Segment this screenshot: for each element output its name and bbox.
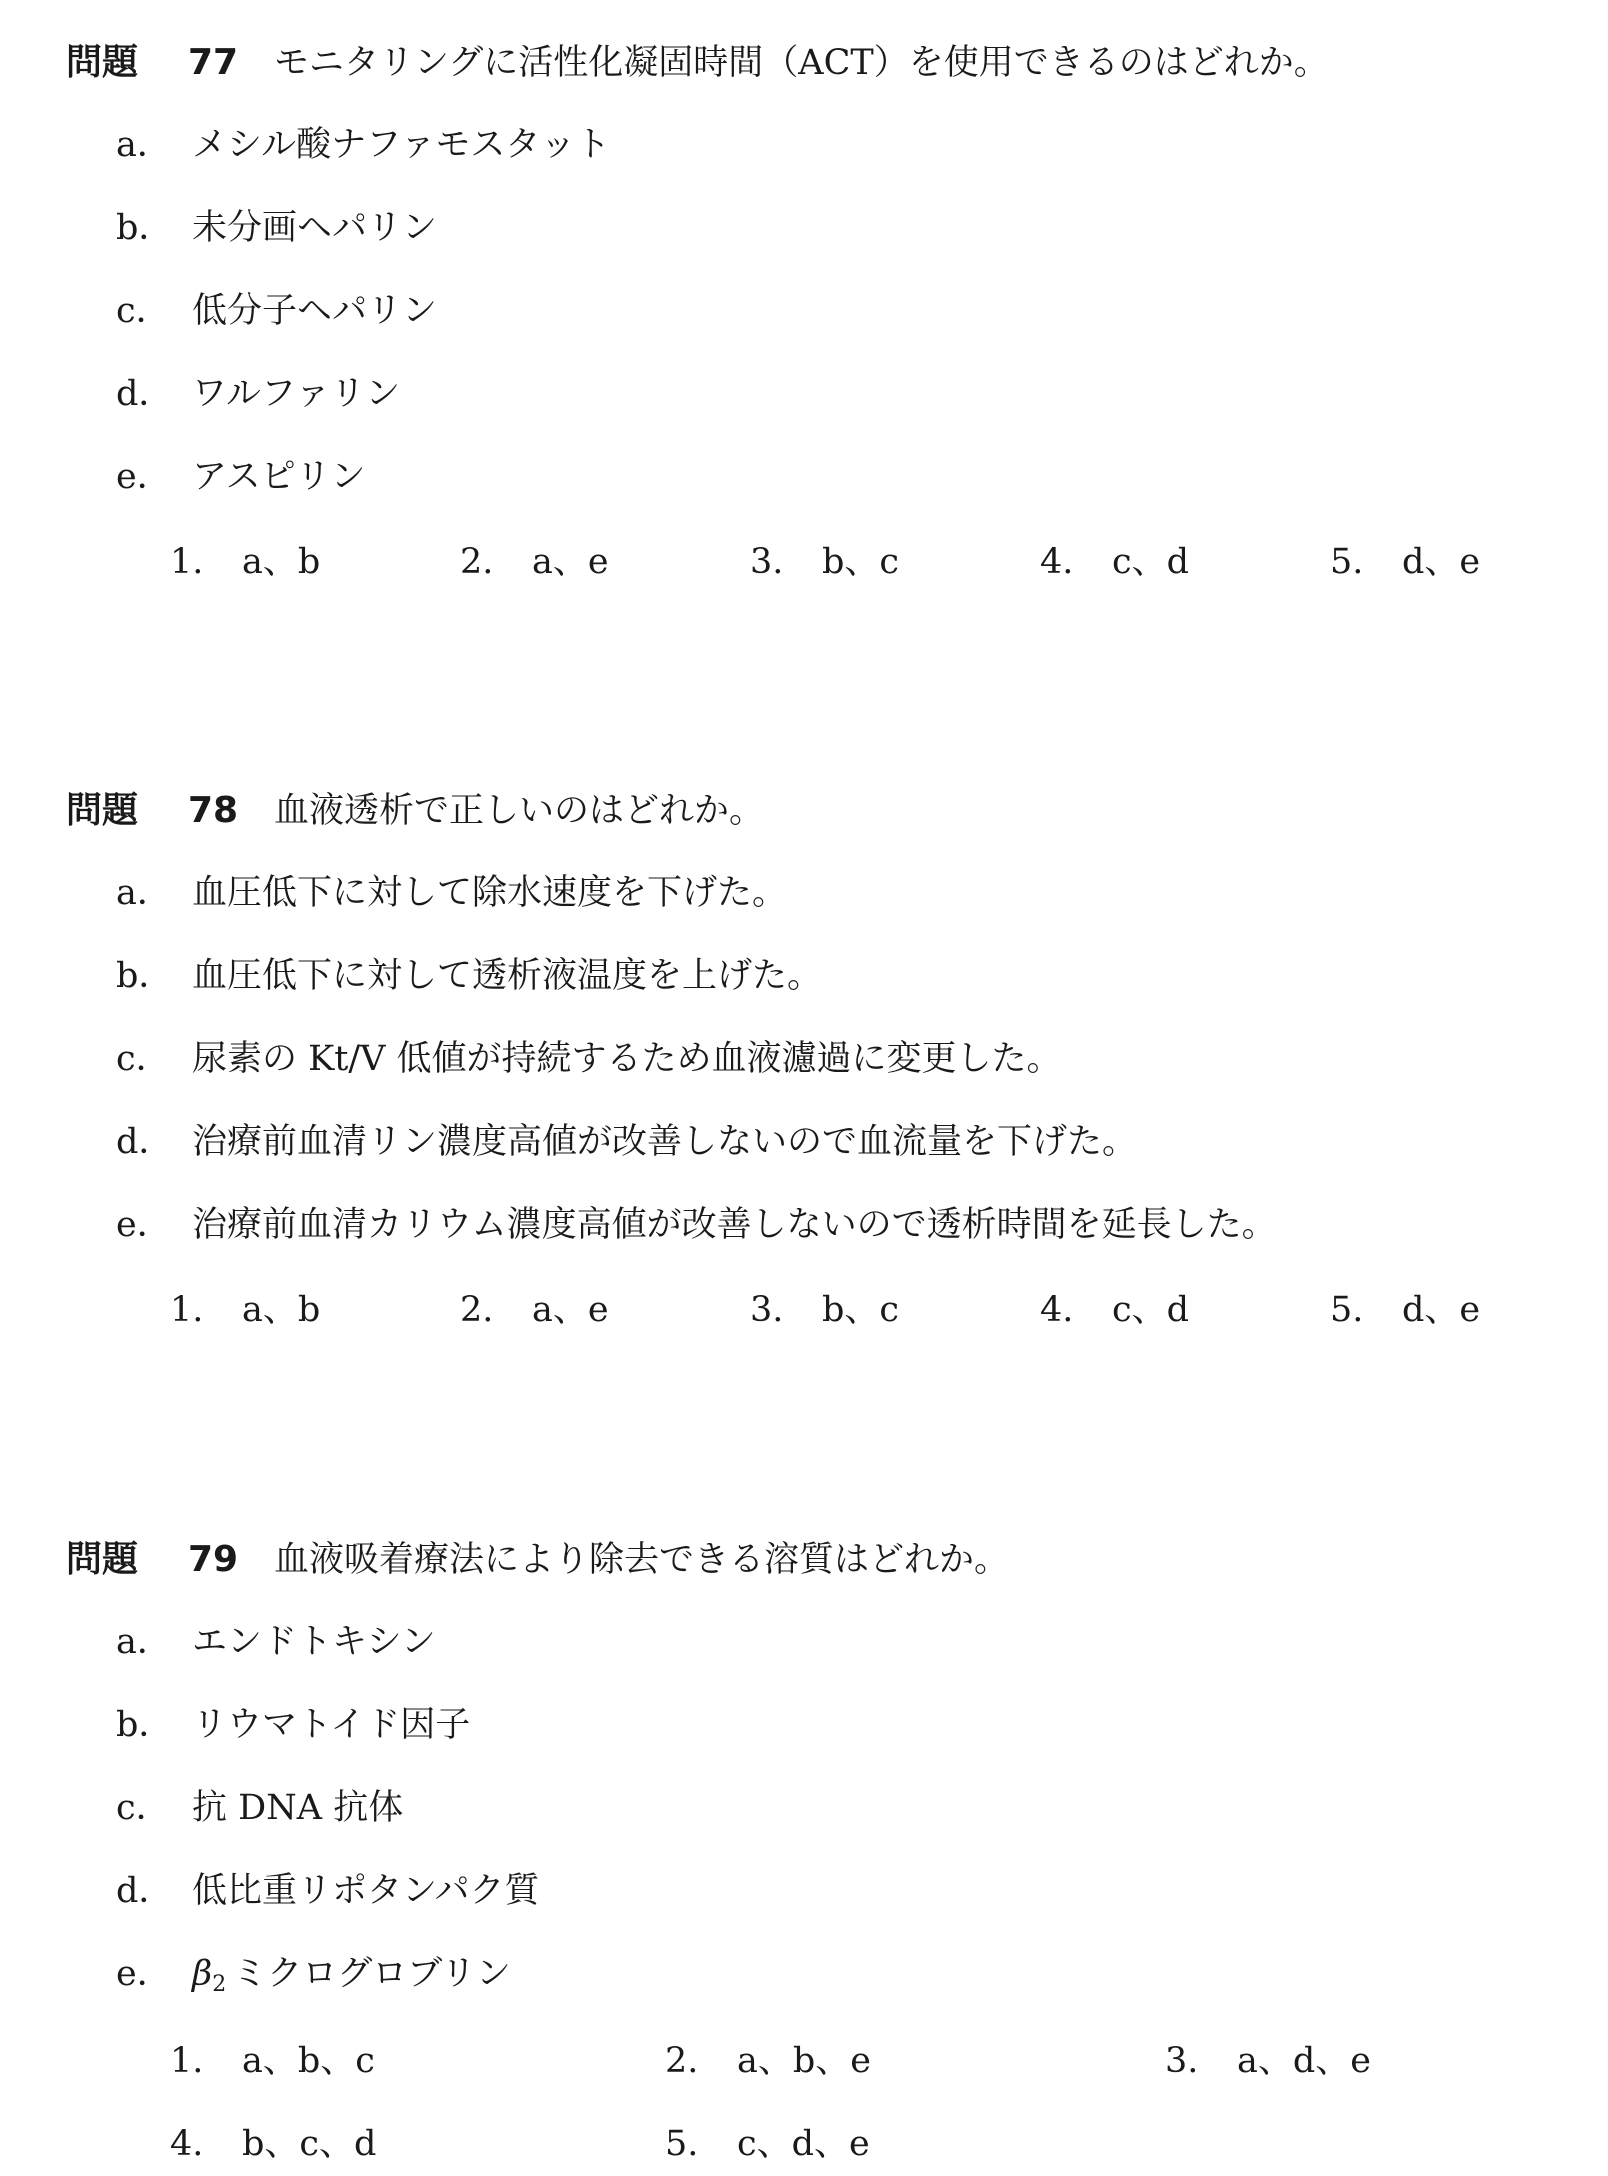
answer-option-3[interactable]: 3.b、c xyxy=(750,1285,899,1335)
answer-option-4[interactable]: 4.b、c、d xyxy=(170,2119,376,2169)
choice-text: 血圧低下に対して除水速度を下げた。 xyxy=(192,868,787,918)
choice-letter: a． xyxy=(116,1617,192,1667)
choice-letter: c． xyxy=(116,286,192,336)
choice-text: 尿素の Kt/V 低値が持続するため血液濾過に変更した。 xyxy=(192,1034,1062,1084)
question-text: 血液透析で正しいのはどれか。 xyxy=(274,786,764,836)
answer-option-3[interactable]: 3.a、d、e xyxy=(1165,2036,1371,2086)
question-text: 血液吸着療法により除去できる溶質はどれか。 xyxy=(274,1535,1009,1585)
choice-text: メシル酸ナファモスタット xyxy=(192,120,610,170)
question-text: モニタリングに活性化凝固時間（ACT）を使用できるのはどれか。 xyxy=(274,38,1329,88)
choice-b: b．リウマトイド因子 xyxy=(116,1700,470,1750)
choice-text: リウマトイド因子 xyxy=(192,1700,470,1750)
answer-option-5[interactable]: 5.c、d、e xyxy=(665,2119,870,2169)
answer-option-3[interactable]: 3.b、c xyxy=(750,537,899,587)
question-label: 問題 xyxy=(66,38,188,88)
answer-option-5[interactable]: 5.d、e xyxy=(1330,1285,1480,1335)
choice-letter: b． xyxy=(116,951,192,1001)
choice-letter: d． xyxy=(116,369,192,419)
choice-text: 治療前血清リン濃度高値が改善しないので血流量を下げた。 xyxy=(192,1117,1137,1167)
choice-text: ワルファリン xyxy=(192,369,400,419)
answer-options-row-2: 4.b、c、d 5.c、d、e xyxy=(0,2119,1608,2169)
choice-d: d．ワルファリン xyxy=(116,369,400,419)
choice-b: b．血圧低下に対して透析液温度を上げた。 xyxy=(116,951,822,1001)
choice-letter: c． xyxy=(116,1034,192,1084)
choice-letter: b． xyxy=(116,203,192,253)
answer-option-2[interactable]: 2.a、e xyxy=(460,537,609,587)
answer-option-1[interactable]: 1.a、b xyxy=(170,1285,320,1335)
choice-letter: a． xyxy=(116,868,192,918)
choice-text: 治療前血清カリウム濃度高値が改善しないので透析時間を延長した。 xyxy=(192,1200,1277,1250)
answer-option-1[interactable]: 1.a、b、c xyxy=(170,2036,375,2086)
answer-option-2[interactable]: 2.a、e xyxy=(460,1285,609,1335)
choice-text: アスピリン xyxy=(192,452,366,502)
answer-options-row-1: 1.a、b、c 2.a、b、e 3.a、d、e xyxy=(0,2036,1608,2086)
choice-e: e．アスピリン xyxy=(116,452,366,502)
choice-b: b．未分画ヘパリン xyxy=(116,203,437,253)
choice-letter: e． xyxy=(116,1949,192,1999)
question-header: 問題77モニタリングに活性化凝固時間（ACT）を使用できるのはどれか。 xyxy=(66,38,1329,88)
choice-a: a．メシル酸ナファモスタット xyxy=(116,120,610,170)
answer-options: 1.a、b 2.a、e 3.b、c 4.c、d 5.d、e xyxy=(0,537,1608,587)
choice-text: 抗 DNA 抗体 xyxy=(192,1783,403,1833)
question-header: 問題78血液透析で正しいのはどれか。 xyxy=(66,786,764,836)
choice-letter: e． xyxy=(116,452,192,502)
choice-d: d．治療前血清リン濃度高値が改善しないので血流量を下げた。 xyxy=(116,1117,1137,1167)
choice-d: d．低比重リポタンパク質 xyxy=(116,1866,540,1916)
answer-option-4[interactable]: 4.c、d xyxy=(1040,1285,1189,1335)
choice-c: c．尿素の Kt/V 低値が持続するため血液濾過に変更した。 xyxy=(116,1034,1062,1084)
choice-a: a．血圧低下に対して除水速度を下げた。 xyxy=(116,868,787,918)
question-header: 問題79血液吸着療法により除去できる溶質はどれか。 xyxy=(66,1535,1009,1585)
answer-option-5[interactable]: 5.d、e xyxy=(1330,537,1480,587)
question-label: 問題 xyxy=(66,786,188,836)
choice-letter: e． xyxy=(116,1200,192,1250)
choice-text: 血圧低下に対して透析液温度を上げた。 xyxy=(192,951,822,1001)
answer-option-2[interactable]: 2.a、b、e xyxy=(665,2036,871,2086)
choice-letter: a． xyxy=(116,120,192,170)
answer-option-1[interactable]: 1.a、b xyxy=(170,537,320,587)
beta-symbol: β xyxy=(192,1954,212,1994)
choice-c: c．低分子ヘパリン xyxy=(116,286,437,336)
choice-a: a．エンドトキシン xyxy=(116,1617,436,1667)
choice-letter: d． xyxy=(116,1117,192,1167)
question-number: 77 xyxy=(188,38,274,88)
choice-e: e．β2ミクログロブリン xyxy=(116,1949,511,1999)
choice-letter: d． xyxy=(116,1866,192,1916)
beta-subscript: 2 xyxy=(212,1972,226,1997)
choice-c: c．抗 DNA 抗体 xyxy=(116,1783,403,1833)
answer-options: 1.a、b 2.a、e 3.b、c 4.c、d 5.d、e xyxy=(0,1285,1608,1335)
question-number: 79 xyxy=(188,1535,274,1585)
question-label: 問題 xyxy=(66,1535,188,1585)
choice-text: 低分子ヘパリン xyxy=(192,286,437,336)
choice-e: e．治療前血清カリウム濃度高値が改善しないので透析時間を延長した。 xyxy=(116,1200,1277,1250)
choice-text: 低比重リポタンパク質 xyxy=(192,1866,540,1916)
question-number: 78 xyxy=(188,786,274,836)
answer-option-4[interactable]: 4.c、d xyxy=(1040,537,1189,587)
choice-text: 未分画ヘパリン xyxy=(192,203,437,253)
choice-text: エンドトキシン xyxy=(192,1617,436,1667)
choice-letter: b． xyxy=(116,1700,192,1750)
choice-letter: c． xyxy=(116,1783,192,1833)
choice-text: β2ミクログロブリン xyxy=(192,1949,511,2010)
